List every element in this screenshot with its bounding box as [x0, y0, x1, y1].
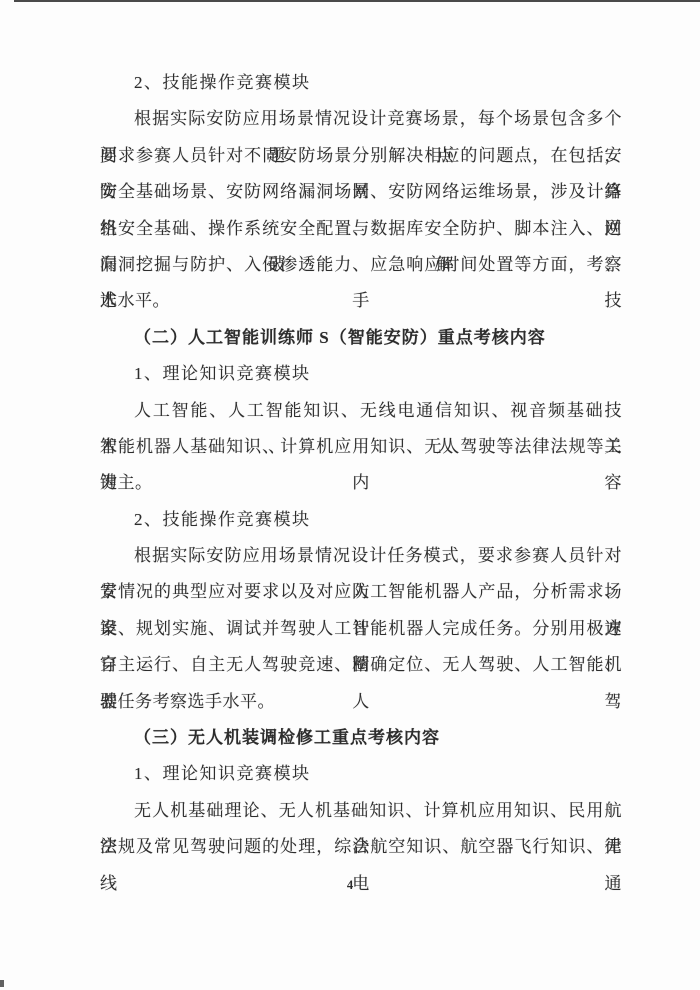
- text-line: 根据实际安防应用场景情况设计竞赛场景，每个场景包含多个问题点，: [100, 101, 622, 137]
- text-line: 络安全基础、操作系统安全配置、数据库安全防护、脚本注入、逆向破解、: [100, 211, 622, 247]
- page-number: 4: [0, 878, 700, 893]
- text-line: 人工智能、人工智能知识、无线电通信知识、视音频基础技术、人工: [100, 393, 622, 429]
- text-line: 2、技能操作竞赛模块: [100, 65, 622, 101]
- text-line: 2、技能操作竞赛模块: [100, 502, 622, 538]
- text-line: 自主运行、自主无人驾驶竞速、精确定位、无人驾驶、人工智能机器人驾: [100, 647, 622, 683]
- text-line: 案、规划实施、调试并驾驶人工智能机器人完成任务。分别用极速穿圈、: [100, 611, 622, 647]
- text-line: 1、理论知识竞赛模块: [100, 756, 622, 792]
- text-line: 漏洞挖掘与防护、入侵渗透能力、应急响应时间处置等方面，考察选手技: [100, 247, 622, 283]
- text-line: 根据实际安防应用场景情况设计任务模式，要求参赛人员针对安防场: [100, 538, 622, 574]
- text-line: 安全基础场景、安防网络漏洞场景、安防网络运维场景，涉及计算机与网: [100, 174, 622, 210]
- document-body: 2、技能操作竞赛模块根据实际安防应用场景情况设计竞赛场景，每个场景包含多个问题点…: [100, 65, 622, 866]
- scan-artifact-top-line: [14, 0, 700, 2]
- text-line: 景情况的典型应对要求以及对应人工智能机器人产品，分析需求、设计方: [100, 574, 622, 610]
- text-line: 要求参赛人员针对不同安防场景分别解决相应的问题点，在包括安防网络: [100, 138, 622, 174]
- text-line: 智能机器人基础知识、计算机应用知识、无人驾驶等法律法规等关键内容: [100, 429, 622, 465]
- text-line: （三）无人机装调检修工重点考核内容: [100, 720, 622, 756]
- text-line: 法规及常见驾驶问题的处理，综合航空知识、航空器飞行知识、无线电通: [100, 829, 622, 865]
- text-line: 无人机基础理论、无人机基础知识、计算机应用知识、民用航空法律: [100, 793, 622, 829]
- text-line: （二）人工智能训练师 S（智能安防）重点考核内容: [100, 320, 622, 356]
- text-line: 1、理论知识竞赛模块: [100, 356, 622, 392]
- document-page: 2、技能操作竞赛模块根据实际安防应用场景情况设计竞赛场景，每个场景包含多个问题点…: [0, 0, 700, 990]
- scan-artifact-speck: [0, 980, 4, 987]
